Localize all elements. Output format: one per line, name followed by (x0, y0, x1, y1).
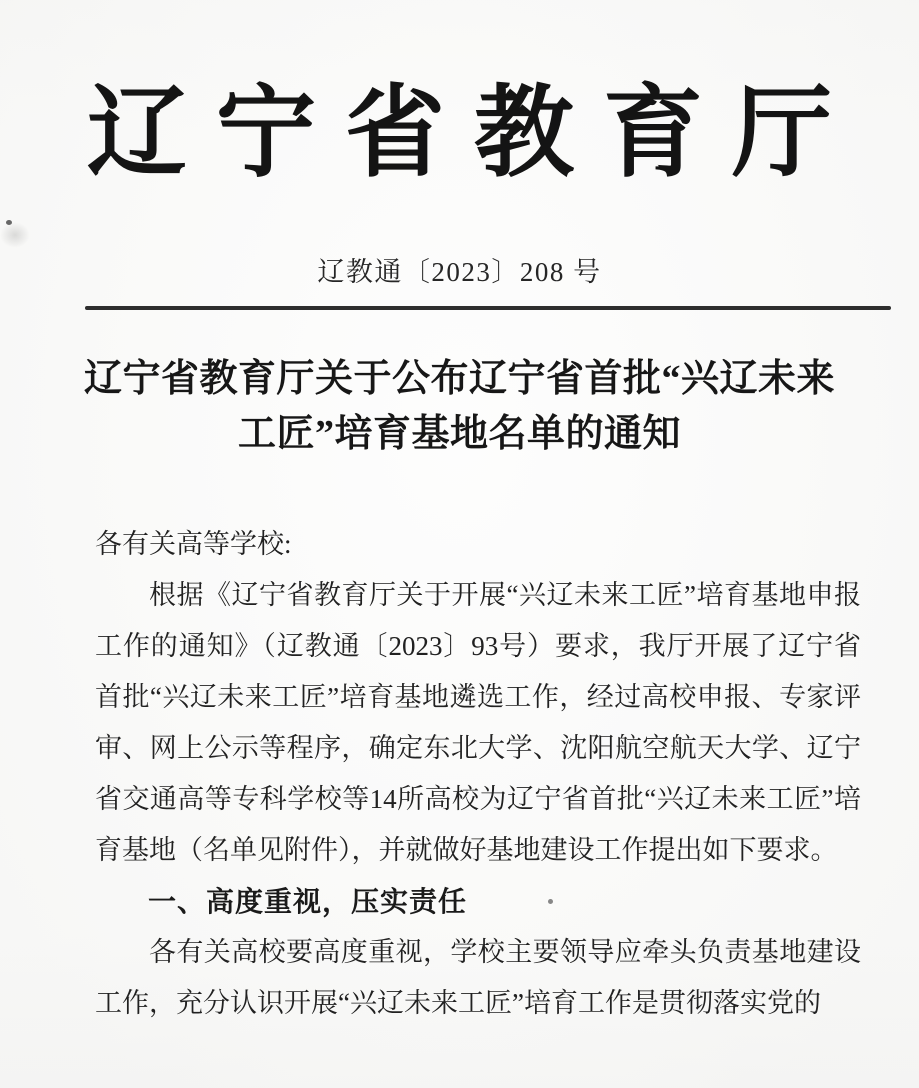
salutation: 各有关高等学校: (95, 519, 861, 570)
document-title-line-1: 辽宁省教育厅关于公布辽宁省首批“兴辽未来 (0, 352, 919, 407)
header-separator-rule (85, 306, 891, 310)
section-heading-1: 一、高度重视，压实责任 (95, 876, 861, 927)
paragraph-section-1: 各有关高校要高度重视，学校主要领导应牵头负责基地建设工作，充分认识开展“兴辽未来… (95, 927, 861, 1029)
document-reference-number: 辽教通〔2023〕208 号 (0, 250, 919, 294)
scan-speck-left-margin (6, 220, 12, 225)
letterhead-agency-name: 辽宁省教育厅 (0, 66, 919, 202)
document-body: 各有关高等学校: 根据《辽宁省教育厅关于开展“兴辽未来工匠”培育基地申报工作的通… (95, 519, 861, 1029)
scan-smudge (0, 222, 30, 248)
document-title-line-2: 工匠”培育基地名单的通知 (0, 407, 919, 462)
paragraph-intro: 根据《辽宁省教育厅关于开展“兴辽未来工匠”培育基地申报工作的通知》（辽教通〔20… (95, 570, 861, 876)
scanned-document-page: { "document": { "letterhead": "辽宁省教育厅", … (0, 0, 919, 1088)
document-title: 辽宁省教育厅关于公布辽宁省首批“兴辽未来 工匠”培育基地名单的通知 (0, 352, 919, 462)
